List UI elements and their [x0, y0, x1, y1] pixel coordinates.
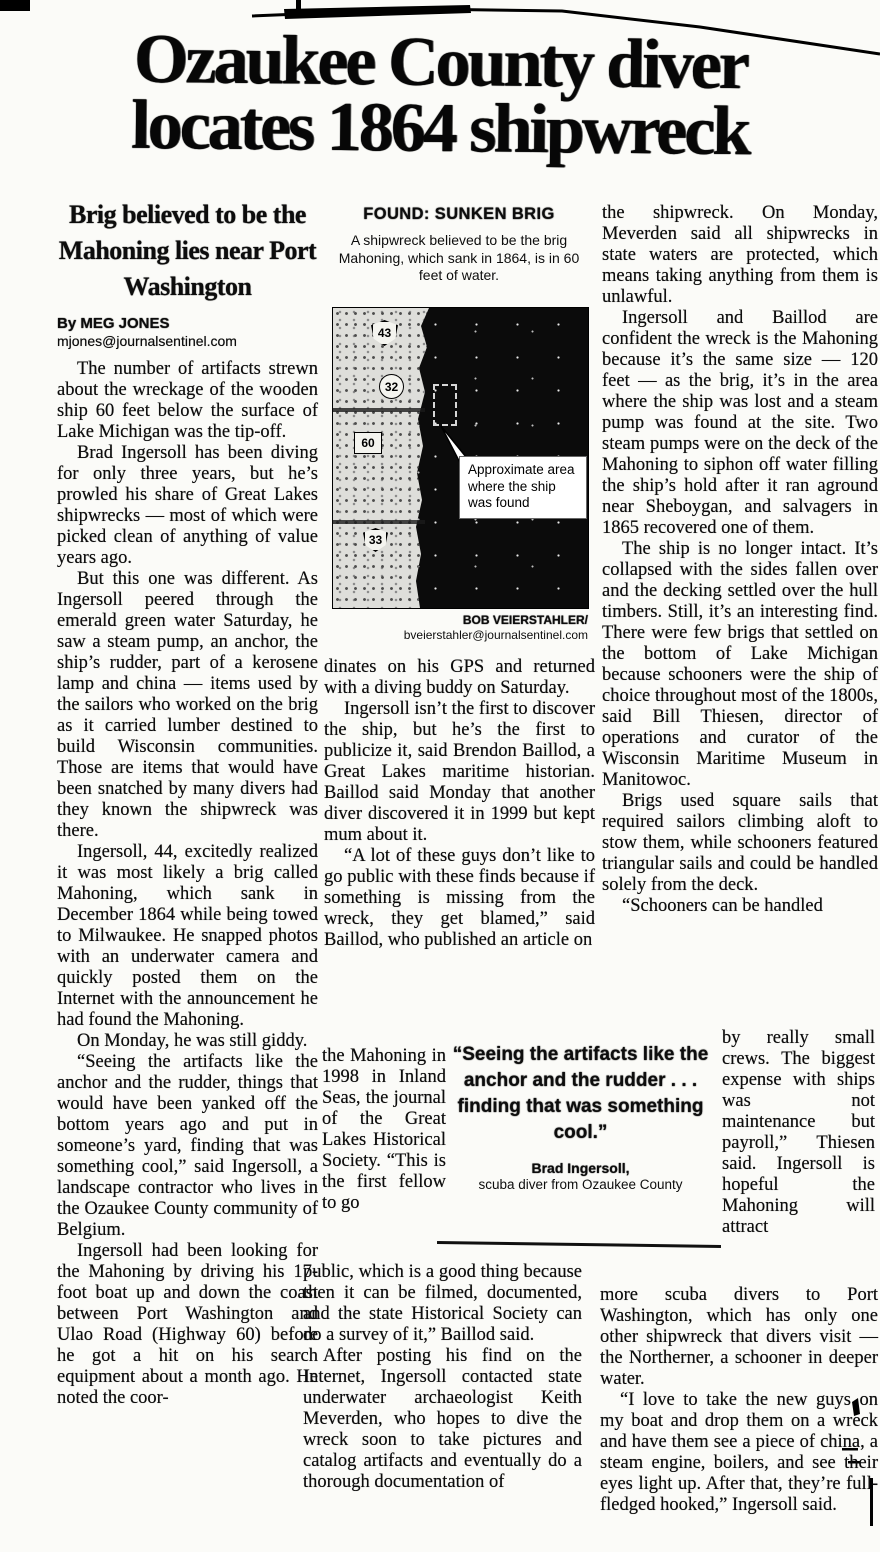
figure-kicker: FOUND: SUNKEN BRIG: [325, 205, 593, 224]
right-column-lower: more scuba divers to Port Washington, wh…: [600, 1285, 878, 1516]
article-paragraph: dinates on his GPS and returned with a d…: [324, 657, 595, 699]
newspaper-article-scan: Ozaukee County diver locates 1864 shipwr…: [0, 0, 880, 1552]
article-paragraph: After posting his find on the Internet, …: [303, 1346, 582, 1493]
byline-email: mjones@journalsentinel.com: [57, 333, 318, 350]
article-paragraph: Brad Ingersoll has been diving for only …: [57, 443, 318, 569]
photo-credit: BOB VEIERSTAHLER/ bveierstahler@journals…: [333, 613, 588, 642]
article-paragraph: Ingersoll and Baillod are confident the …: [602, 308, 878, 539]
article-paragraph: the shipwreck. On Monday, Meverden said …: [602, 203, 878, 308]
pull-quote: “Seeing the artifacts like the anchor an…: [437, 1042, 724, 1193]
article-paragraph: the Mahoning in 1998 in Inland Seas, the…: [322, 1046, 446, 1214]
right-column-upper: the shipwreck. On Monday, Meverden said …: [602, 203, 878, 917]
middle-column-narrow: the Mahoning in 1998 in Inland Seas, the…: [322, 1046, 446, 1214]
article-paragraph: more scuba divers to Port Washington, wh…: [600, 1285, 878, 1390]
article-paragraph: Ingersoll, 44, excitedly realized it was…: [57, 842, 318, 1031]
article-paragraph: public, which is a good thing because th…: [303, 1262, 582, 1346]
article-paragraph: The ship is no longer intact. It’s colla…: [602, 539, 878, 791]
article-paragraph: Ingersoll isn’t the first to discover th…: [324, 699, 595, 846]
shipwreck-location-map: 43 32 60 33 Approximate area where the s…: [333, 308, 588, 608]
photo-credit-email: bveierstahler@journalsentinel.com: [333, 628, 588, 643]
pull-quote-text: “Seeing the artifacts like the anchor an…: [437, 1042, 724, 1146]
article-paragraph: by really small crews. The biggest expen…: [722, 1028, 875, 1238]
byline: By MEG JONES: [57, 315, 318, 333]
left-column: Brig believed to be the Mahoning lies ne…: [57, 197, 318, 1409]
right-column-narrow: by really small crews. The biggest expen…: [722, 1028, 875, 1238]
headline-line-2: locates 1864 shipwreck: [0, 91, 880, 166]
map-callout: Approximate area where the ship was foun…: [459, 456, 587, 519]
middle-column-lower: public, which is a good thing because th…: [303, 1262, 582, 1493]
middle-column-upper: dinates on his GPS and returned with a d…: [324, 657, 595, 951]
article-paragraph: On Monday, he was still giddy.: [57, 1031, 318, 1052]
article-paragraph: “Schooners can be handled: [602, 896, 878, 917]
figure-caption: A shipwreck believed to be the brig Maho…: [330, 232, 588, 285]
article-paragraph: “Seeing the artifacts like the anchor an…: [57, 1052, 318, 1241]
article-paragraph: Ingersoll had been looking for the Mahon…: [57, 1241, 318, 1409]
photo-credit-name: BOB VEIERSTAHLER/: [333, 613, 588, 628]
pull-quote-rule: [437, 1241, 721, 1248]
article-paragraph: Brigs used square sails that required sa…: [602, 791, 878, 896]
article-paragraph: “I love to take the new guys on my boat …: [600, 1390, 878, 1516]
article-paragraph: “A lot of these guys don’t like to go pu…: [324, 846, 595, 951]
pull-quote-attribution-title: scuba diver from Ozaukee County: [437, 1177, 724, 1193]
subheadline: Brig believed to be the Mahoning lies ne…: [57, 197, 318, 305]
article-paragraph: But this one was different. As Ingersoll…: [57, 569, 318, 842]
headline: Ozaukee County diver locates 1864 shipwr…: [0, 25, 880, 166]
pull-quote-attribution-name: Brad Ingersoll,: [437, 1160, 724, 1177]
article-paragraph: The number of artifacts strewn about the…: [57, 359, 318, 443]
